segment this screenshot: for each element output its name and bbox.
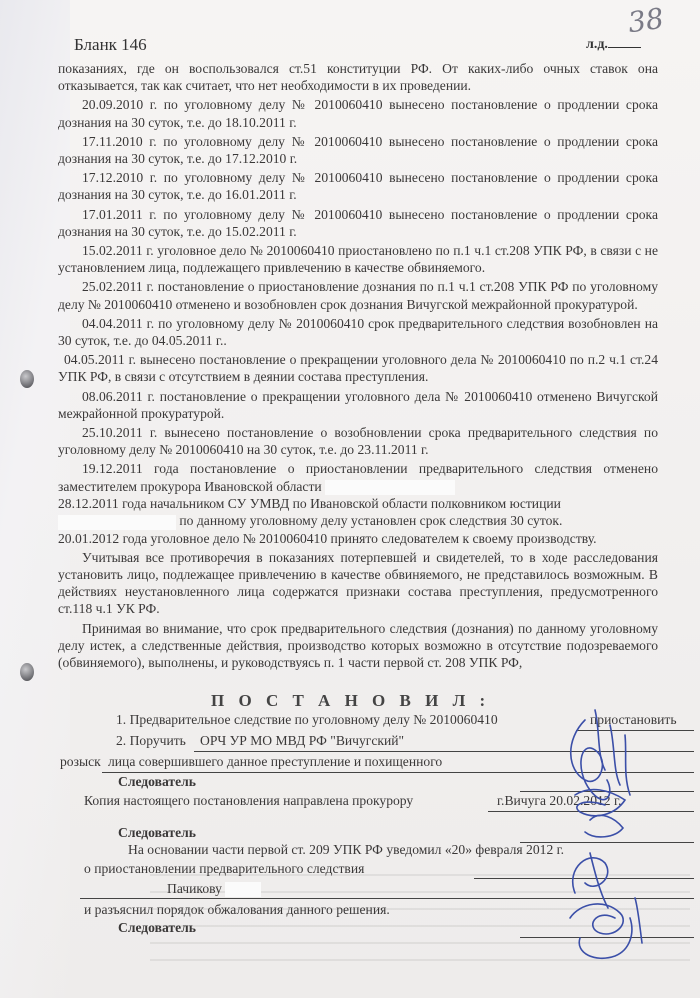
signature-icon [555, 700, 645, 850]
page-number-blank [608, 35, 641, 48]
signature-icon [560, 838, 650, 968]
paragraph: 17.12.2010 г. по уголовному делу № 20100… [58, 169, 658, 203]
decree-item-2-value: ОРЧ УР МО МВД РФ "Вичугский" [200, 733, 404, 749]
appeal-explanation: и разъяснил порядок обжалования данного … [84, 902, 390, 918]
paragraph: показаниях, где он воспользовался ст.51 … [58, 60, 658, 94]
notified-person: Пачикову [167, 881, 261, 897]
paragraph-text: по данному уголовному делу установлен ср… [179, 513, 562, 528]
search-label: розыск [60, 754, 101, 770]
paragraph: 19.12.2011 года постановление о приостан… [58, 460, 658, 495]
paragraph: 04.05.2011 г. вынесено постановление о п… [58, 351, 658, 385]
investigator-label: Следователь [118, 920, 196, 936]
paragraph: 20.01.2012 года уголовное дело № 2010060… [58, 530, 658, 547]
page-label-text: л.д. [586, 37, 608, 52]
paragraph: Принимая во внимание, что срок предварит… [58, 620, 658, 672]
paragraph: 08.06.2011 г. постановление о прекращени… [58, 388, 658, 422]
investigator-label: Следователь [118, 825, 196, 841]
form-label: Бланк 146 [74, 35, 147, 55]
paragraph: 15.02.2011 г. уголовное дело № 201006041… [58, 242, 658, 276]
paragraph: 28.12.2011 года начальником СУ УМВД по И… [58, 495, 658, 512]
decree-item-1: 1. Предварительное следствие по уголовно… [116, 712, 498, 728]
case-page-label: л.д. [586, 35, 641, 53]
paragraph: 17.11.2010 г. по уголовному делу № 20100… [58, 133, 658, 167]
paragraph: Учитывая все противоречия в показаниях п… [58, 549, 658, 618]
paragraph: 04.04.2011 г. по уголовному делу № 20100… [58, 315, 658, 349]
paragraph: 25.02.2011 г. постановление о приостанов… [58, 278, 658, 312]
document-body: показаниях, где он воспользовался ст.51 … [58, 60, 658, 673]
handwritten-page-number: 38 [626, 2, 666, 40]
redacted-name [325, 480, 455, 495]
paragraph: 17.01.2011 г. по уголовному делу № 20100… [58, 206, 658, 240]
decree-item-2-label: 2. Поручить [116, 733, 186, 749]
redacted-name [58, 515, 176, 530]
paragraph: 20.09.2010 г. по уголовному делу № 20100… [58, 96, 658, 130]
notification-text: На основании части первой ст. 209 УПК РФ… [128, 842, 564, 858]
investigator-label: Следователь [118, 774, 196, 790]
punch-hole-icon [20, 370, 34, 388]
document-page: Бланк 146 38 л.д. показаниях, где он вос… [0, 0, 700, 998]
copy-notice: Копия настоящего постановления направлен… [84, 793, 413, 809]
paragraph: 25.10.2011 г. вынесено постановление о в… [58, 424, 658, 458]
notified-person-name: Пачикову [167, 881, 222, 896]
punch-hole-icon [20, 663, 34, 681]
search-value: лица совершившего данное преступление и … [108, 754, 442, 770]
redacted-name [225, 882, 261, 897]
notification-subject: о приостановлении предварительного следс… [84, 861, 364, 877]
decree-title: П О С Т А Н О В И Л : [211, 691, 490, 711]
paragraph: по данному уголовному делу установлен ср… [58, 512, 658, 529]
